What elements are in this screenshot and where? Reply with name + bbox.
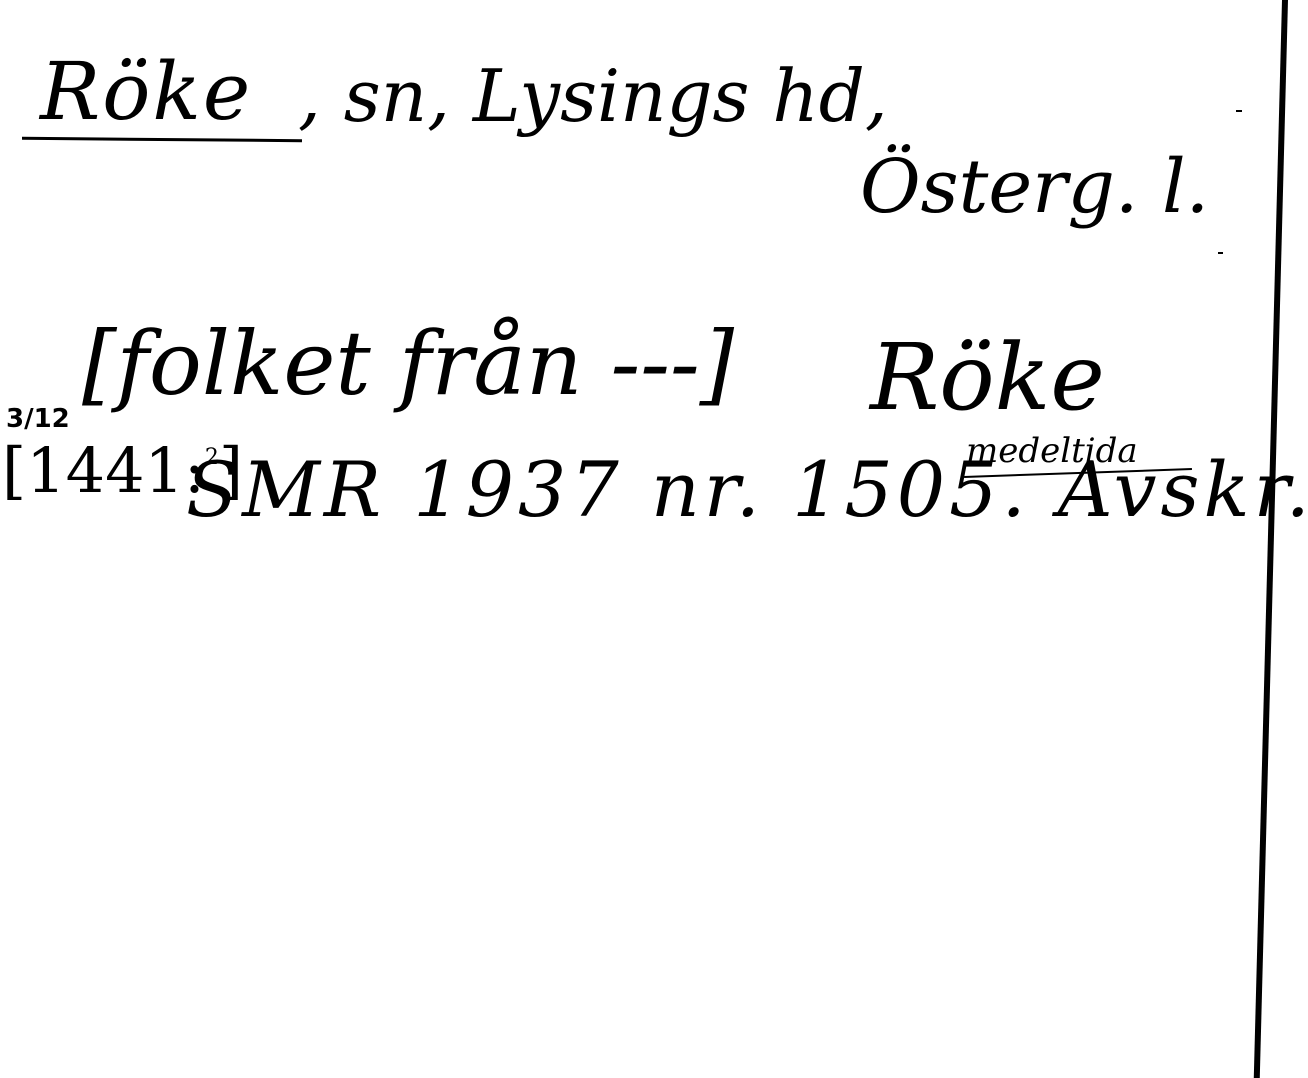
phrase-text: [folket från ---] — [82, 320, 734, 408]
bracket-open: [ — [2, 434, 26, 507]
archive-index-card: Röke , sn, Lysings hd, Österg. l. [folke… — [0, 0, 1308, 1078]
place-name-underline — [22, 137, 302, 142]
ref-number: 1441: — [26, 434, 205, 507]
speck — [1236, 110, 1242, 112]
parish-district: , sn, Lysings hd, — [298, 60, 888, 132]
phrase-name: Röke — [870, 332, 1105, 424]
county: Österg. l. — [860, 150, 1209, 224]
card-edge-line — [1254, 0, 1288, 1078]
speck — [1218, 252, 1223, 254]
place-name: Röke — [40, 52, 252, 132]
date-note: 3/12 — [6, 406, 70, 432]
source-reference: SMR 1937 nr. 1505. Avskr. — [186, 452, 1308, 528]
